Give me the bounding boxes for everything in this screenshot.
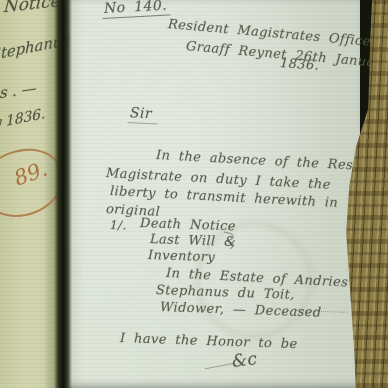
previous-page-fragment: y 1836. <box>0 106 46 132</box>
enclosure-marker: 1/. <box>110 218 127 233</box>
previous-page: Notice Stephanus s . — y 1836. 89. <box>0 0 60 388</box>
manuscript-scan: Notice Stephanus s . — y 1836. 89. No 14… <box>0 0 388 388</box>
valediction: &c <box>231 349 259 372</box>
closing-line: I have the Honor to be <box>120 331 298 352</box>
brace-flourish-icon <box>222 230 238 250</box>
salutation: Sir <box>128 105 159 123</box>
folio-number-text: 89. <box>11 157 51 191</box>
letter-page: No 140. Resident Magistrates Office Graa… <box>64 0 360 388</box>
dateline-year: 1836. <box>279 56 319 74</box>
enclosure-item: Inventory <box>148 248 216 265</box>
letter-number: No 140. <box>102 0 171 17</box>
binding-gutter <box>54 0 72 388</box>
previous-page-fragment: Notice <box>3 0 61 17</box>
previous-page-fragment: s . — <box>0 79 37 102</box>
